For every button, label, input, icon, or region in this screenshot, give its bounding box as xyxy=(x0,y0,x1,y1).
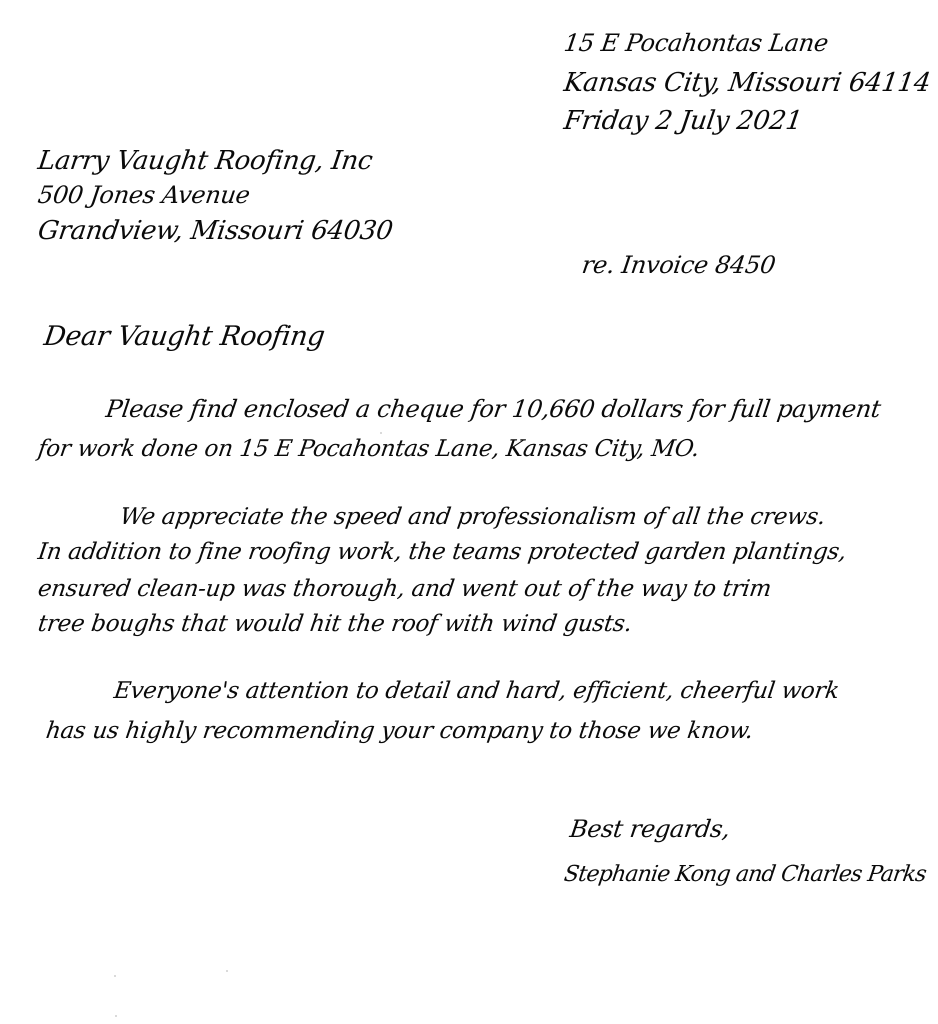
recipient-company: Larry Vaught Roofing, Inc xyxy=(36,146,374,176)
paragraph-line: ensured clean-up was thorough, and went … xyxy=(36,574,773,604)
scan-speck xyxy=(380,432,382,434)
scan-speck xyxy=(226,970,228,972)
sender-street: 15 E Pocahontas Lane xyxy=(562,28,830,58)
salutation: Dear Vaught Roofing xyxy=(42,322,326,352)
invoice-reference: re. Invoice 8450 xyxy=(580,250,777,280)
closing: Best regards, xyxy=(568,814,732,844)
paragraph-line: Everyone's attention to detail and hard,… xyxy=(112,676,841,706)
paragraph-line: In addition to fine roofing work, the te… xyxy=(36,537,848,567)
paragraph-line: We appreciate the speed and professional… xyxy=(118,502,827,532)
scan-speck xyxy=(902,80,904,82)
recipient-street: 500 Jones Avenue xyxy=(36,180,252,210)
paragraph-line: for work done on 15 E Pocahontas Lane, K… xyxy=(36,434,701,464)
handwritten-letter-page: 15 E Pocahontas Lane Kansas City, Missou… xyxy=(0,0,938,1024)
paragraph-line: has us highly recommending your company … xyxy=(44,716,755,746)
letter-date: Friday 2 July 2021 xyxy=(562,106,804,136)
sender-city-state-zip: Kansas City, Missouri 64114 xyxy=(562,68,932,98)
paragraph-line: Please find enclosed a cheque for 10,660… xyxy=(104,394,883,424)
recipient-city-state-zip: Grandview, Missouri 64030 xyxy=(36,216,395,246)
signature: Stephanie Kong and Charles Parks xyxy=(562,860,928,890)
scan-speck xyxy=(114,975,116,977)
scan-speck xyxy=(115,1015,117,1017)
paragraph-line: tree boughs that would hit the roof with… xyxy=(36,609,634,639)
